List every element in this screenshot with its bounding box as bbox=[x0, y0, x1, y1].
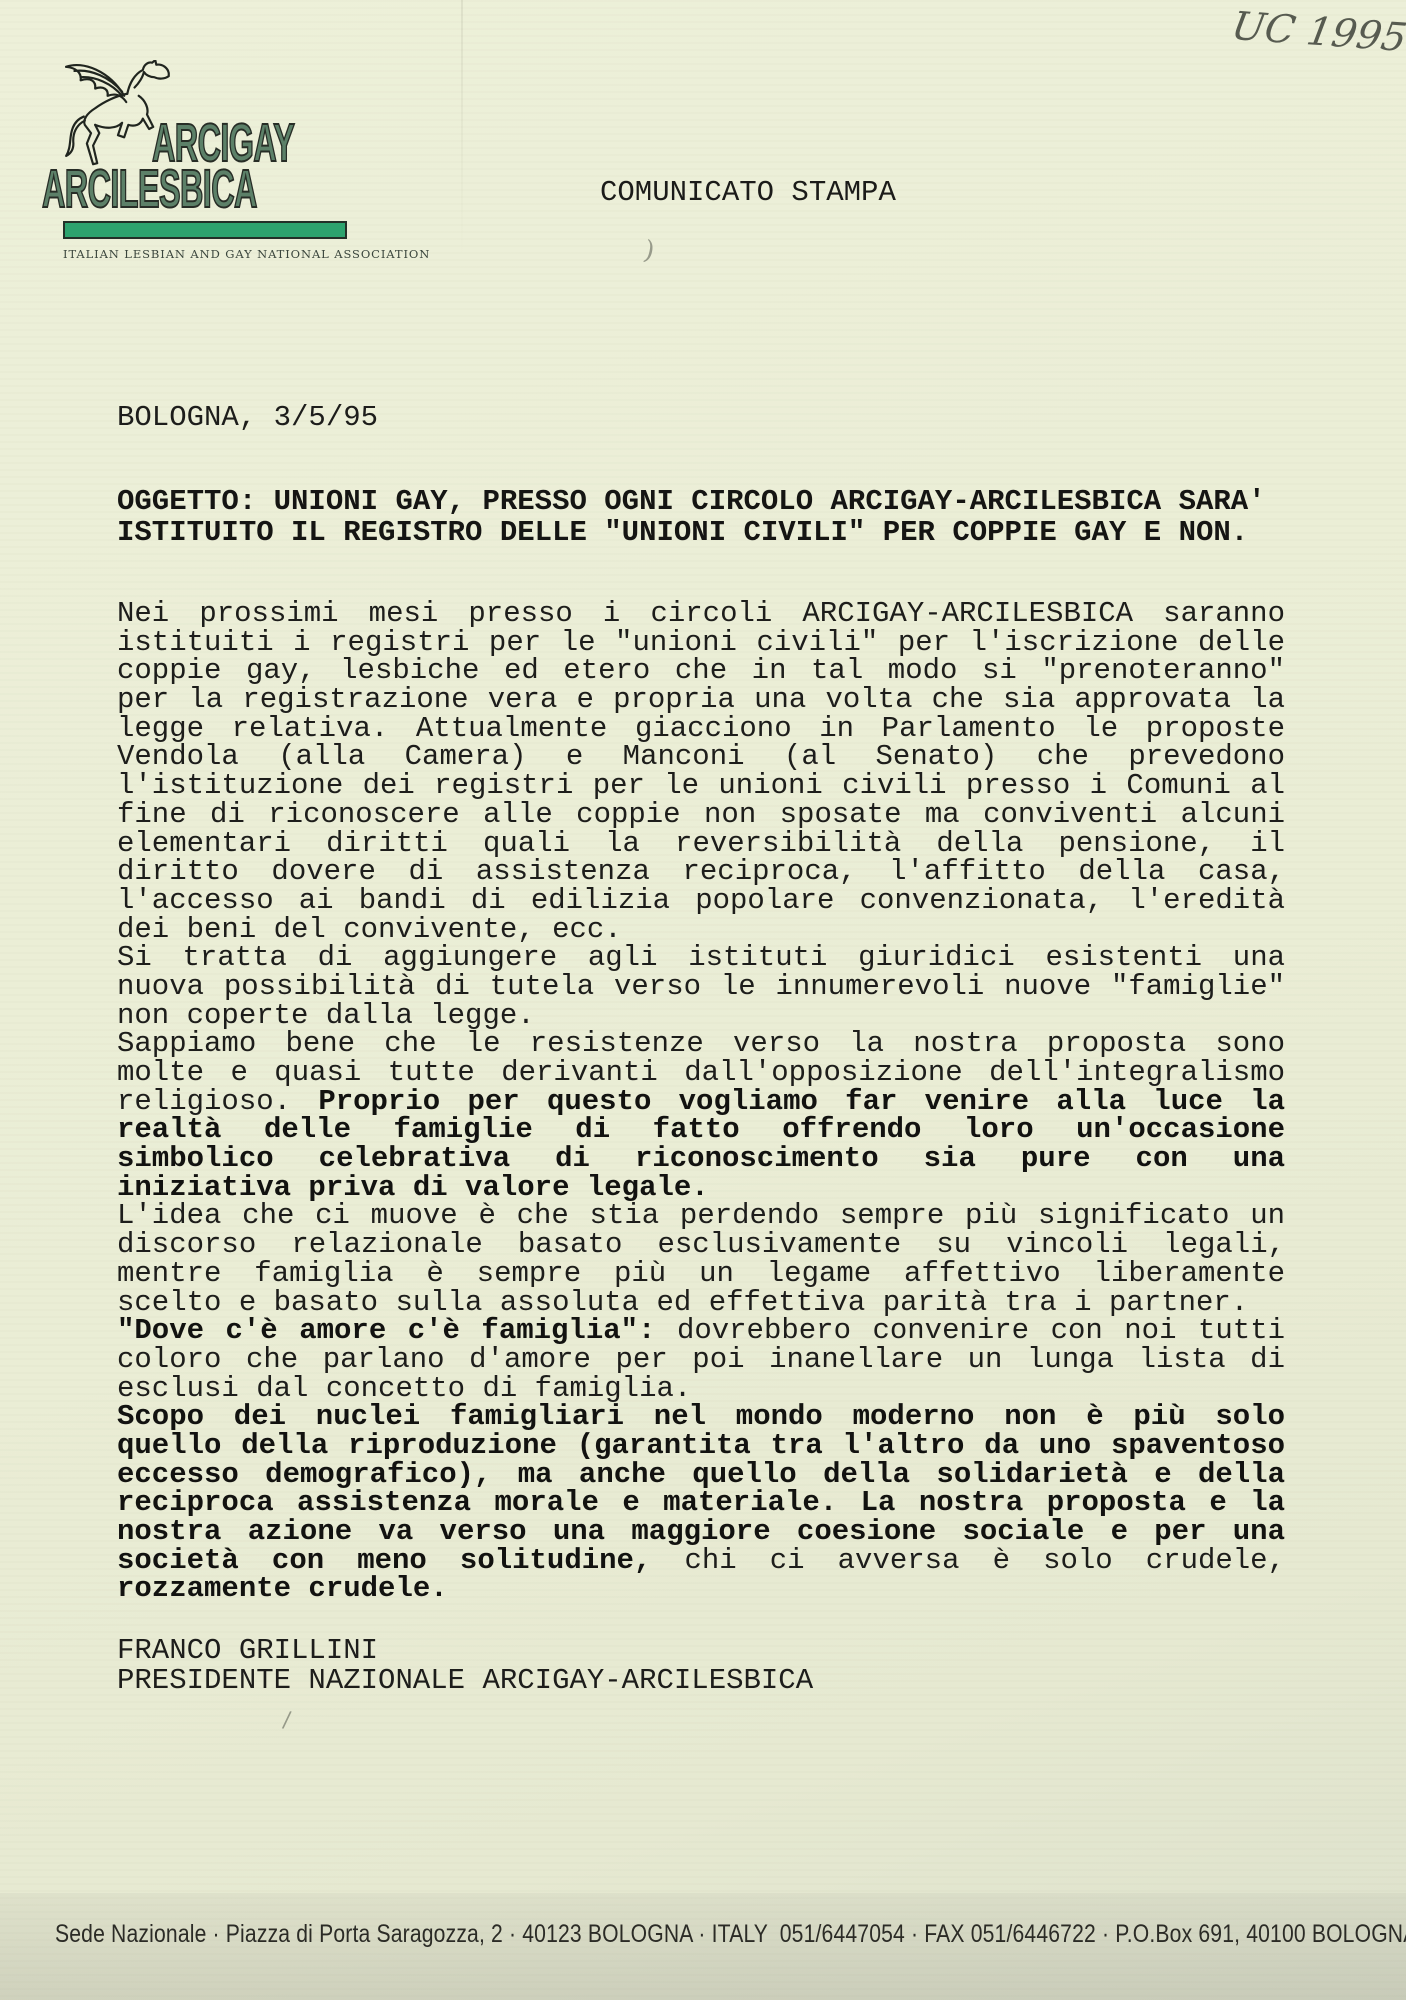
body-line: realtà delle famiglie di fatto offrendo … bbox=[117, 1116, 1285, 1145]
body-line: Vendola (alla Camera) e Manconi (al Sena… bbox=[117, 743, 1285, 772]
body-line: scelto e basato sulla assoluta ed effett… bbox=[117, 1289, 1285, 1318]
body-line: elementari diritti quali la reversibilit… bbox=[117, 830, 1285, 859]
body-line: molte e quasi tutte derivanti dall'oppos… bbox=[117, 1059, 1285, 1088]
body-line: Nei prossimi mesi presso i circoli ARCIG… bbox=[117, 600, 1285, 629]
body-line: diritto dovere di assistenza reciproca, … bbox=[117, 858, 1285, 887]
body-line: legge relativa. Attualmente giacciono in… bbox=[117, 715, 1285, 744]
logo-green-bar bbox=[63, 221, 347, 239]
body-line: dei beni del convivente, ecc. bbox=[117, 916, 1285, 945]
body-line: nuova possibilità di tutela verso le inn… bbox=[117, 973, 1285, 1002]
body-line: coppie gay, lesbiche ed etero che in tal… bbox=[117, 657, 1285, 686]
document-type-title: COMUNICATO STAMPA bbox=[600, 176, 896, 209]
body-line: discorso relazionale basato esclusivamen… bbox=[117, 1231, 1285, 1260]
body-line: l'istituzione dei registri per le unioni… bbox=[117, 772, 1285, 801]
handwritten-annotation: UC 1995 bbox=[1228, 4, 1406, 61]
body-line: l'accesso ai bandi di edilizia popolare … bbox=[117, 887, 1285, 916]
body-line: reciproca assistenza morale e materiale.… bbox=[117, 1489, 1285, 1518]
body-line: iniziativa priva di valore legale. bbox=[117, 1174, 1285, 1203]
body-line: religioso. Proprio per questo vogliamo f… bbox=[117, 1088, 1285, 1117]
body-text-bold: rozzamente crudele. bbox=[117, 1572, 448, 1605]
body-text: chi ci avversa è solo crudele, bbox=[651, 1544, 1285, 1577]
body-line: eccesso demografico), ma anche quello de… bbox=[117, 1461, 1285, 1490]
body-line: Sappiamo bene che le resistenze verso la… bbox=[117, 1030, 1285, 1059]
body-line: quello della riproduzione (garantita tra… bbox=[117, 1432, 1285, 1461]
signature-line: PRESIDENTE NAZIONALE ARCIGAY-ARCILESBICA bbox=[117, 1666, 813, 1696]
footer-address: Sede Nazionale · Piazza di Porta Saragoz… bbox=[55, 1920, 1406, 1949]
scan-mark: / bbox=[281, 1708, 292, 1734]
body-line: istituiti i registri per le "unioni civi… bbox=[117, 629, 1285, 658]
signature-block: FRANCO GRILLINIPRESIDENTE NAZIONALE ARCI… bbox=[117, 1636, 813, 1696]
dateline: BOLOGNA, 3/5/95 bbox=[117, 401, 378, 434]
body-line: società con meno solitudine, chi ci avve… bbox=[117, 1547, 1285, 1576]
logo-wordmark-arcilesbica: ARCILESBICA bbox=[42, 162, 257, 216]
logo-tagline: ITALIAN LESBIAN AND GAY NATIONAL ASSOCIA… bbox=[63, 247, 353, 261]
body-line: non coperte dalla legge. bbox=[117, 1002, 1285, 1031]
body-line: "Dove c'è amore c'è famiglia": dovrebber… bbox=[117, 1317, 1285, 1346]
subject-line: ISTITUITO IL REGISTRO DELLE "UNIONI CIVI… bbox=[117, 517, 1266, 548]
subject-block: OGGETTO: UNIONI GAY, PRESSO OGNI CIRCOLO… bbox=[117, 486, 1266, 548]
body-line: simbolico celebrativa di riconoscimento … bbox=[117, 1145, 1285, 1174]
body-line: mentre famiglia è sempre più un legame a… bbox=[117, 1260, 1285, 1289]
scan-mark: ) bbox=[641, 235, 657, 266]
body-line: nostra azione va verso una maggiore coes… bbox=[117, 1518, 1285, 1547]
body-line: L'idea che ci muove è che stia perdendo … bbox=[117, 1202, 1285, 1231]
subject-line: OGGETTO: UNIONI GAY, PRESSO OGNI CIRCOLO… bbox=[117, 486, 1266, 517]
paper-crease bbox=[461, 0, 463, 258]
letter-body: Nei prossimi mesi presso i circoli ARCIG… bbox=[117, 600, 1285, 1604]
body-line: rozzamente crudele. bbox=[117, 1575, 1285, 1604]
body-line: Scopo dei nuclei famigliari nel mondo mo… bbox=[117, 1403, 1285, 1432]
body-line: coloro che parlano d'amore per poi inane… bbox=[117, 1346, 1285, 1375]
body-line: fine di riconoscere alle coppie non spos… bbox=[117, 801, 1285, 830]
body-line: per la registrazione vera e propria una … bbox=[117, 686, 1285, 715]
press-release-scan: ARCIGAY ARCILESBICA ITALIAN LESBIAN AND … bbox=[0, 0, 1406, 2000]
signature-line: FRANCO GRILLINI bbox=[117, 1636, 813, 1666]
body-line: esclusi dal concetto di famiglia. bbox=[117, 1375, 1285, 1404]
body-line: Si tratta di aggiungere agli istituti gi… bbox=[117, 944, 1285, 973]
